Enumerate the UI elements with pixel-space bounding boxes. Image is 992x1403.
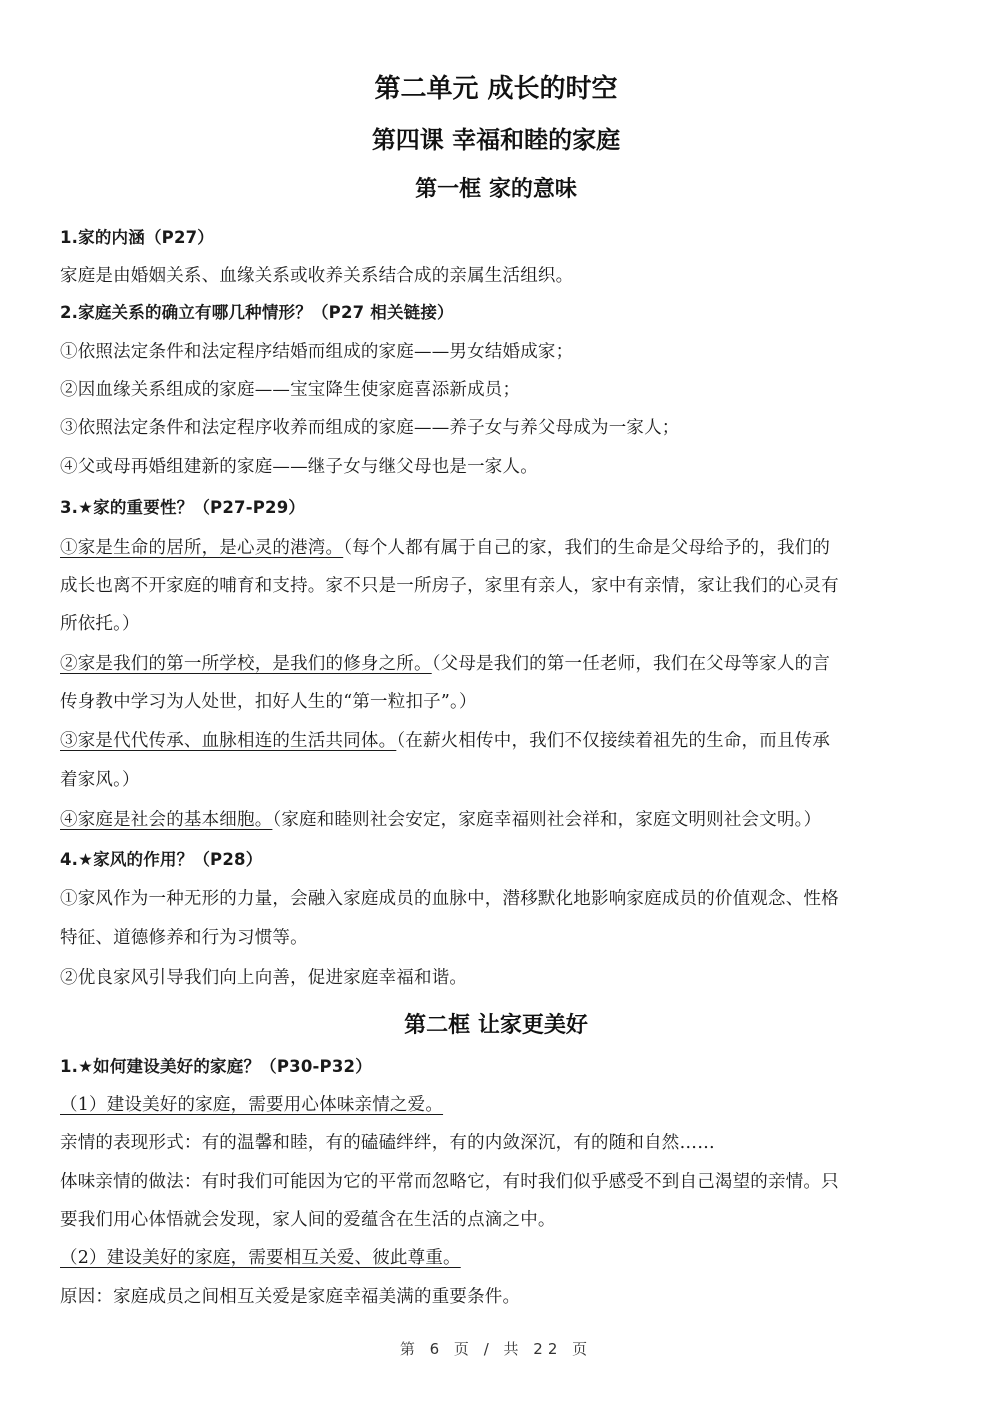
key-point: ③家是代代传承、血脉相连的生活共同体。: [60, 731, 396, 751]
question-3-title: 3.★家的重要性？（P27-P29）: [60, 496, 935, 520]
paragraph-line: 体味亲情的做法：有时我们可能因为它的平常而忽略它，有时我们似乎感受不到自己渴望的…: [60, 1170, 935, 1194]
list-item: ①依照法定条件和法定程序结婚而组成的家庭——男女结婚成家；: [60, 340, 935, 364]
paragraph-line: ①家风作为一种无形的力量，会融入家庭成员的血脉中，潜移默化地影响家庭成员的价值观…: [60, 887, 935, 911]
question-1-body: 家庭是由婚姻关系、血缘关系或收养关系结合成的亲属生活组织。: [60, 264, 935, 288]
list-item: ②家是我们的第一所学校，是我们的修身之所。（父母是我们的第一任老师，我们在父母等…: [60, 652, 935, 676]
paragraph-line: 原因：家庭成员之间相互关爱是家庭幸福美满的重要条件。: [60, 1285, 935, 1309]
list-item: ④家庭是社会的基本细胞。（家庭和睦则社会安定，家庭幸福则社会祥和，家庭文明则社会…: [60, 808, 935, 832]
explanation: 传身教中学习为人处世，扣好人生的“第一粒扣子”。）: [60, 690, 935, 714]
paragraph-line: 要我们用心体悟就会发现，家人间的爱蕴含在生活的点滴之中。: [60, 1208, 935, 1232]
question-1-title: 1.家的内涵（P27）: [60, 226, 935, 250]
paragraph-line: ②优良家风引导我们向上向善，促进家庭幸福和谐。: [60, 966, 935, 990]
explanation: 着家风。）: [60, 768, 935, 792]
explanation: 成长也离不开家庭的哺育和支持。家不只是一所房子，家里有亲人，家中有亲情，家让我们…: [60, 574, 935, 598]
explanation: 所依托。）: [60, 612, 935, 636]
explanation: （家庭和睦则社会安定，家庭幸福则社会祥和，家庭文明则社会文明。）: [272, 810, 821, 830]
page-number: 第 6 页 / 共 22 页: [0, 1338, 992, 1359]
list-item: ①家是生命的居所，是心灵的港湾。（每个人都有属于自己的家，我们的生命是父母给予的…: [60, 536, 935, 560]
key-point: ②家是我们的第一所学校，是我们的修身之所。: [60, 654, 432, 674]
question-1-title: 1.★如何建设美好的家庭？（P30-P32）: [60, 1055, 935, 1079]
question-2-title: 2.家庭关系的确立有哪几种情形？（P27 相关链接）: [60, 301, 935, 325]
list-item: ②因血缘关系组成的家庭——宝宝降生使家庭喜添新成员；: [60, 378, 935, 402]
sub-point-1: （1）建设美好的家庭，需要用心体味亲情之爱。: [60, 1095, 443, 1115]
unit-title: 第二单元 成长的时空: [0, 68, 992, 105]
key-point: ④家庭是社会的基本细胞。: [60, 810, 272, 830]
list-item: ③家是代代传承、血脉相连的生活共同体。（在薪火相传中，我们不仅接续着祖先的生命，…: [60, 729, 935, 753]
list-item: ③依照法定条件和法定程序收养而组成的家庭——养子女与养父母成为一家人；: [60, 416, 935, 440]
key-point: ①家是生命的居所，是心灵的港湾。: [60, 538, 343, 558]
sub-point: （1）建设美好的家庭，需要用心体味亲情之爱。: [60, 1093, 935, 1117]
question-4-title: 4.★家风的作用？（P28）: [60, 848, 935, 872]
frame2-title: 第二框 让家更美好: [0, 1008, 992, 1039]
sub-point: （2）建设美好的家庭，需要相互关爱、彼此尊重。: [60, 1246, 935, 1270]
paragraph-line: 特征、道德修养和行为习惯等。: [60, 926, 935, 950]
explanation: （在薪火相传中，我们不仅接续着祖先的生命，而且传承: [396, 731, 830, 751]
explanation: （父母是我们的第一任老师，我们在父母等家人的言: [432, 654, 830, 674]
explanation: （每个人都有属于自己的家，我们的生命是父母给予的，我们的: [343, 538, 830, 558]
document-page: 第二单元 成长的时空 第四课 幸福和睦的家庭 第一框 家的意味 1.家的内涵（P…: [0, 0, 992, 1403]
sub-point-2: （2）建设美好的家庭，需要相互关爱、彼此尊重。: [60, 1248, 461, 1268]
lesson-title: 第四课 幸福和睦的家庭: [0, 120, 992, 155]
frame1-title: 第一框 家的意味: [0, 172, 992, 203]
list-item: ④父或母再婚组建新的家庭——继子女与继父母也是一家人。: [60, 455, 935, 479]
paragraph-line: 亲情的表现形式：有的温馨和睦，有的磕磕绊绊，有的内敛深沉，有的随和自然……: [60, 1131, 935, 1155]
